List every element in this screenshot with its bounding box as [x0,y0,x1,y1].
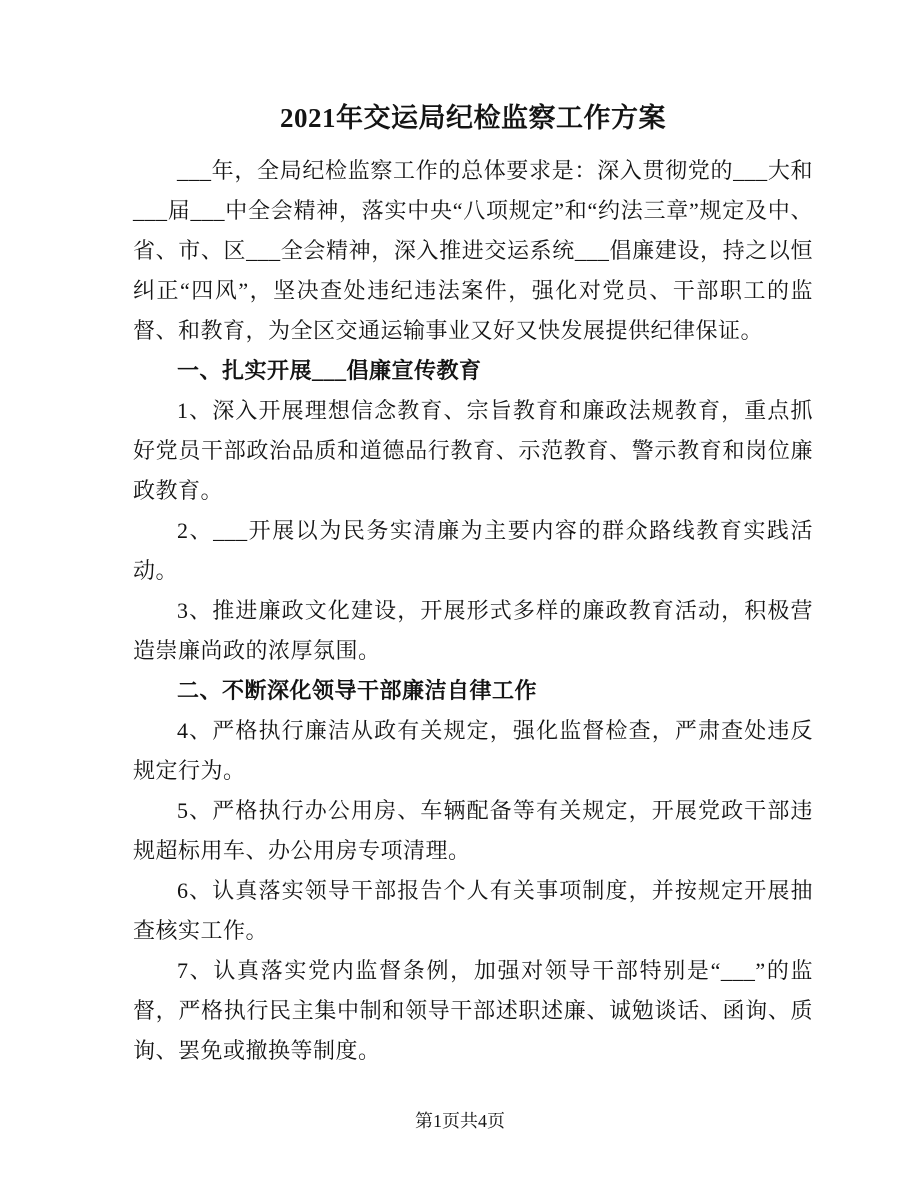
document-page: 2021年交运局纪检监察工作方案 ___年，全局纪检监察工作的总体要求是：深入贯… [0,0,920,1191]
body-paragraph: 7、认真落实党内监督条例，加强对领导干部特别是“___”的监督，严格执行民主集中… [133,951,813,1071]
section-heading: 一、扎实开展___倡廉宣传教育 [133,351,813,391]
body-paragraph: ___年，全局纪检监察工作的总体要求是：深入贯彻党的___大和___届___中全… [133,151,813,351]
body-paragraph: 5、严格执行办公用房、车辆配备等有关规定，开展党政干部违规超标用车、办公用房专项… [133,791,813,871]
paragraph-container: ___年，全局纪检监察工作的总体要求是：深入贯彻党的___大和___届___中全… [133,151,813,1071]
body-paragraph: 4、严格执行廉洁从政有关规定，强化监督检查，严肃查处违反规定行为。 [133,711,813,791]
section-heading: 二、不断深化领导干部廉洁自律工作 [133,671,813,711]
body-paragraph: 6、认真落实领导干部报告个人有关事项制度，并按规定开展抽查核实工作。 [133,871,813,951]
body-paragraph: 1、深入开展理想信念教育、宗旨教育和廉政法规教育，重点抓好党员干部政治品质和道德… [133,391,813,511]
page-footer: 第1页共4页 [0,1108,920,1134]
body-paragraph: 2、___开展以为民务实清廉为主要内容的群众路线教育实践活动。 [133,511,813,591]
body-paragraph: 3、推进廉政文化建设，开展形式多样的廉政教育活动，积极营造崇廉尚政的浓厚氛围。 [133,591,813,671]
document-content: 2021年交运局纪检监察工作方案 ___年，全局纪检监察工作的总体要求是：深入贯… [133,98,813,1071]
page-number-label: 第1页共4页 [415,1111,505,1131]
document-title: 2021年交运局纪检监察工作方案 [133,98,813,138]
